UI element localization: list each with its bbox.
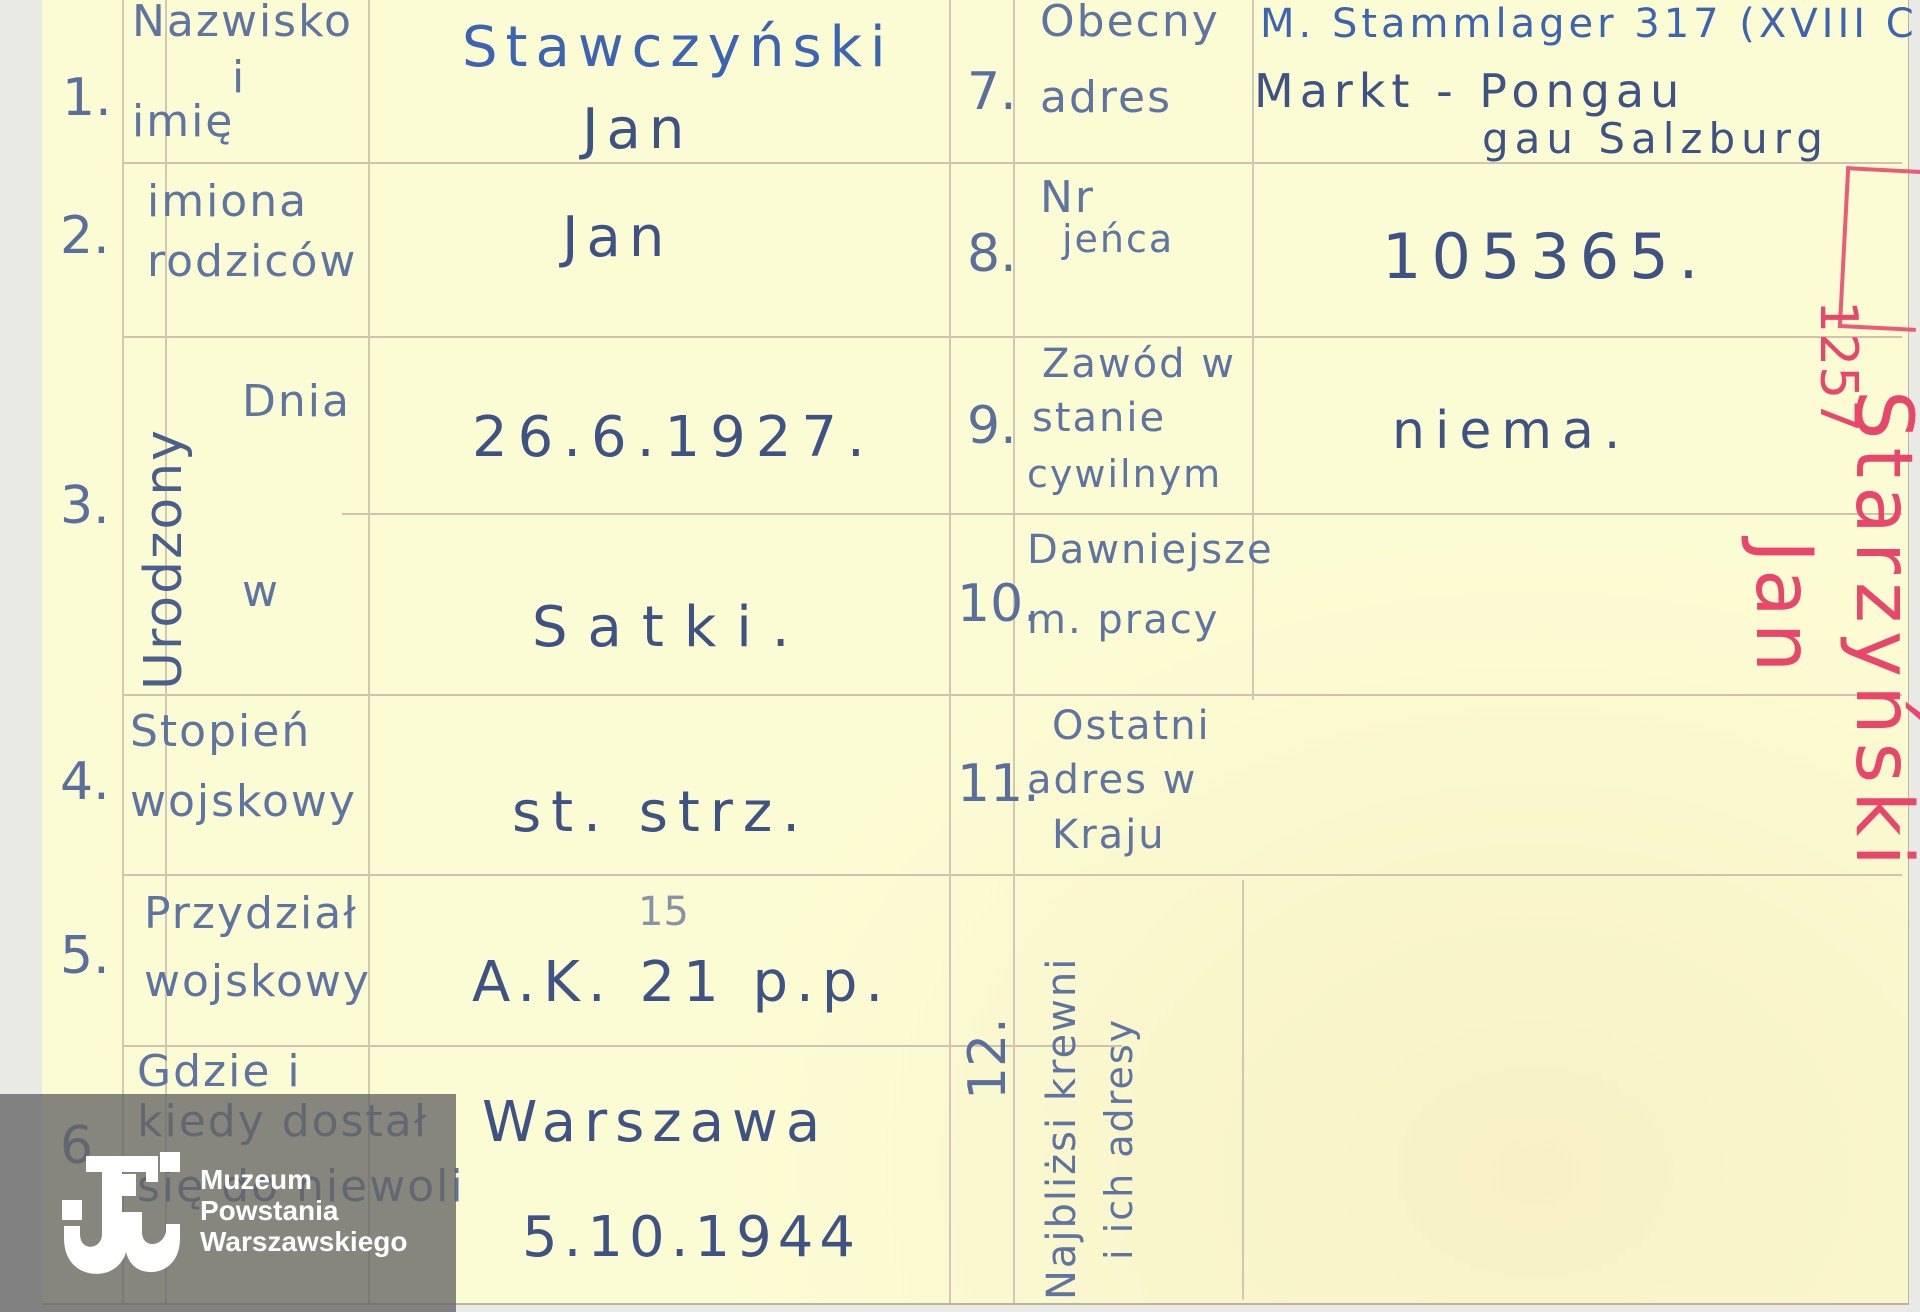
field-3-date-label: Dnia: [242, 380, 351, 424]
field-10-label-line1: Dawniejsze: [1027, 530, 1274, 570]
field-7-address-line2: Markt - Pongau: [1254, 68, 1685, 114]
field-4-label-line1: Stopień: [130, 710, 311, 754]
museum-name-line3: Warszawskiego: [200, 1226, 407, 1257]
field-2-number: 2.: [60, 210, 110, 262]
field-8-pow-number: 105365.: [1382, 226, 1708, 288]
field-3-number: 3.: [60, 480, 110, 532]
field-2-label-line1: imiona: [147, 180, 308, 224]
field-6-capture-date: 5.10.1944: [522, 1210, 861, 1266]
field-4-label-line2: wojskowy: [130, 780, 357, 824]
field-7-address-line1: M. Stammlager 317 (XVIII C): [1260, 4, 1920, 44]
field-1-label-line3: imię: [132, 100, 234, 144]
field-9-label-line1: Zawód w: [1042, 344, 1236, 384]
kotwica-anchor-icon: [62, 1152, 180, 1276]
red-handwritten-firstname: Jan: [1744, 540, 1822, 678]
field-12-label-line1: Najbliżsi krewni: [1042, 957, 1082, 1300]
field-7-label-line2: adres: [1040, 76, 1172, 120]
field-1-firstname: Jan: [582, 102, 692, 158]
field-3-birth-date: 26.6.1927.: [472, 410, 875, 466]
field-1-surname: Stawczyński: [462, 20, 894, 76]
field-11-label-line1: Ostatni: [1052, 706, 1211, 746]
field-7-address-line3: gau Salzburg: [1482, 118, 1829, 160]
field-3-birth-place: Satki.: [532, 600, 810, 656]
field-11-label-line2: adres w: [1027, 760, 1197, 800]
field-9-number: 9.: [967, 400, 1017, 452]
field-8-label-line2: jeńca: [1062, 220, 1174, 258]
field-4-number: 4.: [60, 756, 110, 808]
field-12-label-line2: i ich adresy: [1100, 1018, 1138, 1260]
field-1-label-line1: Nazwisko: [132, 0, 353, 44]
field-5-number: 5.: [60, 930, 110, 982]
field-6-capture-place: Warszawa: [482, 1095, 828, 1151]
field-5-military-unit: A.K. 21 p.p.: [472, 955, 891, 1011]
field-9-label-line3: cywilnym: [1027, 455, 1222, 493]
field-3-place-label: w: [242, 570, 280, 614]
red-handwritten-surname: Starzyński: [1844, 390, 1920, 874]
field-5-label-line1: Przydział: [144, 892, 358, 936]
museum-name-line1: Muzeum: [200, 1164, 407, 1195]
field-2-parents-names: Jan: [562, 210, 672, 266]
field-9-profession: niema.: [1392, 405, 1630, 457]
museum-name: Muzeum Powstania Warszawskiego: [200, 1164, 407, 1257]
field-11-label-line3: Kraju: [1052, 815, 1166, 855]
field-1-label-line2: i: [232, 56, 246, 100]
field-9-label-line2: stanie: [1032, 398, 1166, 438]
museum-watermark: Muzeum Powstania Warszawskiego: [0, 1094, 456, 1312]
field-3-group-label: Urodzony: [138, 428, 190, 690]
field-5-annotation: 15: [638, 892, 689, 932]
field-8-number: 8.: [967, 228, 1017, 280]
field-10-label-line2: m. pracy: [1027, 600, 1219, 640]
field-4-military-rank: st. strz.: [512, 785, 810, 841]
field-7-number: 7.: [967, 66, 1017, 118]
field-5-label-line2: wojskowy: [144, 960, 371, 1004]
museum-name-line2: Powstania: [200, 1195, 407, 1226]
field-8-label-line1: Nr: [1040, 176, 1095, 220]
field-1-number: 1.: [62, 72, 112, 124]
field-6-label-line1: Gdzie i: [137, 1050, 302, 1094]
field-2-label-line2: rodziców: [147, 240, 357, 284]
field-7-label-line1: Obecny: [1040, 0, 1220, 44]
field-12-number: 12.: [962, 1017, 1014, 1100]
